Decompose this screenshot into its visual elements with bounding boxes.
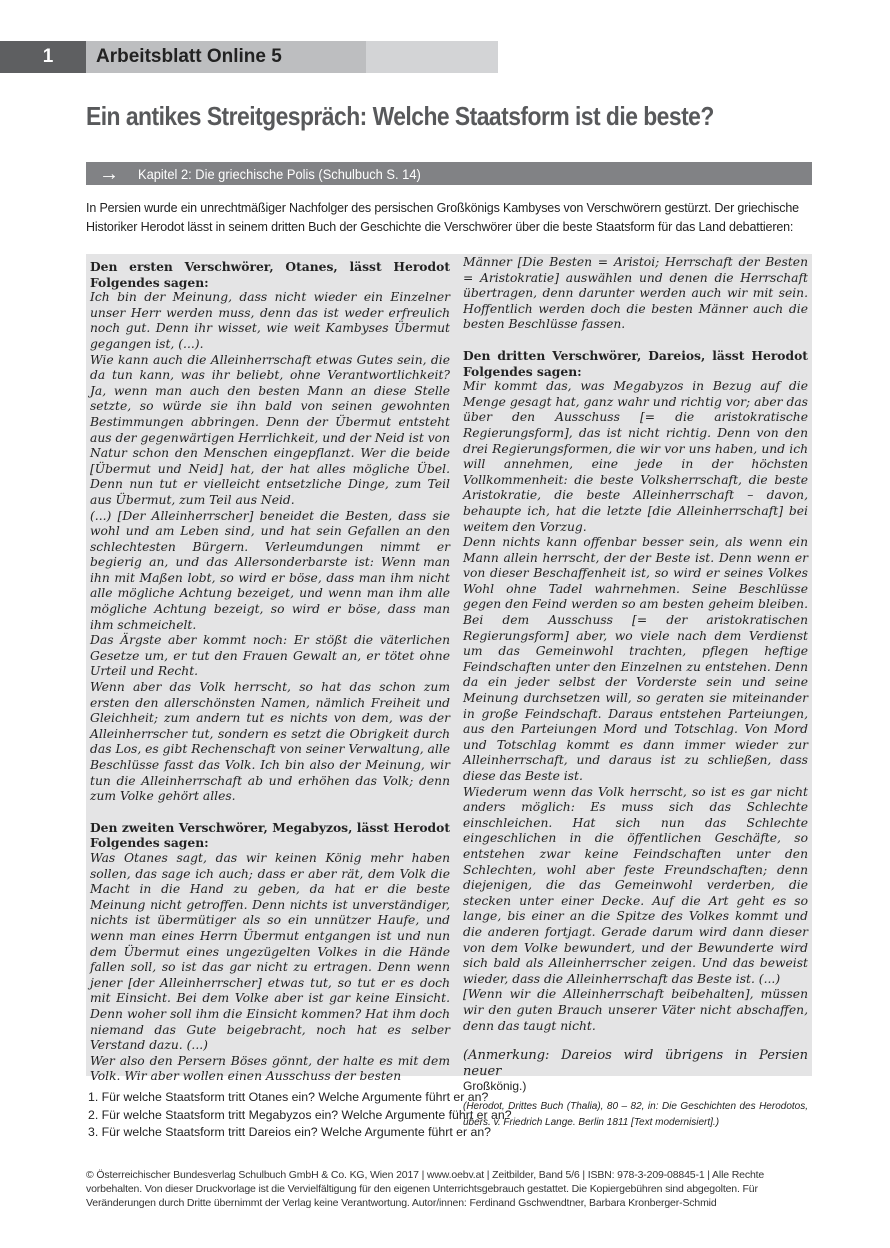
otanes-paragraph: Das Ärgste aber kommt noch: Er stößt die… bbox=[90, 633, 450, 680]
otanes-paragraph: Wie kann auch die Alleinherrschaft etwas… bbox=[90, 353, 450, 509]
megabyzos-paragraph-continued: Wer also den Persern Böses gönnt, der ha… bbox=[90, 1054, 450, 1085]
source-text-box: Den ersten Verschwörer, Otanes, lässt He… bbox=[86, 254, 812, 1076]
task-item: 3. Für welche Staatsform tritt Dareios e… bbox=[88, 1124, 512, 1142]
dareios-paragraph: Denn nichts kann offenbar besser sein, a… bbox=[463, 535, 808, 785]
worksheet-label: Arbeitsblatt Online 5 bbox=[86, 41, 366, 73]
page-title: Ein antikes Streitgespräch: Welche Staat… bbox=[86, 101, 714, 132]
section-spacer bbox=[90, 805, 450, 820]
section-spacer bbox=[463, 333, 808, 348]
otanes-heading: Den ersten Verschwörer, Otanes, lässt He… bbox=[90, 259, 450, 290]
note-italic-text: (Anmerkung: Dareios wird übrigens in Per… bbox=[463, 1048, 808, 1079]
source-column-left: Den ersten Verschwörer, Otanes, lässt He… bbox=[90, 254, 450, 1085]
task-item: 1. Für welche Staatsform tritt Otanes ei… bbox=[88, 1089, 512, 1107]
header-bar-filler bbox=[366, 41, 498, 73]
megabyzos-paragraph: Was Otanes sagt, das wir keinen König me… bbox=[90, 851, 450, 1054]
otanes-paragraph: Ich bin der Meinung, dass nicht wieder e… bbox=[90, 290, 450, 352]
megabyzos-paragraph-continuation: Männer [Die Besten = Aristoi; Herrschaft… bbox=[463, 255, 808, 333]
dareios-paragraph: [Wenn wir die Alleinherrschaft beibehalt… bbox=[463, 987, 808, 1034]
intro-text: In Persien wurde ein unrechtmäßiger Nach… bbox=[86, 199, 814, 237]
page-number: 1 bbox=[0, 41, 86, 73]
worksheet-header-bar: 1 Arbeitsblatt Online 5 bbox=[0, 41, 498, 73]
copyright-footer: © Österreichischer Bundesverlag Schulbuc… bbox=[86, 1168, 814, 1210]
dareios-paragraph: Wiederum wenn das Volk herrscht, so ist … bbox=[463, 785, 808, 988]
chapter-label: Kapitel 2: Die griechische Polis (Schulb… bbox=[138, 166, 421, 182]
historical-note: (Anmerkung: Dareios wird übrigens in Per… bbox=[463, 1048, 808, 1095]
source-citation: (Herodot, Drittes Buch (Thalia), 80 – 82… bbox=[463, 1099, 808, 1131]
task-list: 1. Für welche Staatsform tritt Otanes ei… bbox=[88, 1089, 512, 1142]
dareios-heading: Den dritten Verschwörer, Dareios, lässt … bbox=[463, 348, 808, 379]
chapter-reference-bar: → Kapitel 2: Die griechische Polis (Schu… bbox=[86, 162, 812, 185]
dareios-paragraph: Mir kommt das, was Megabyzos in Bezug au… bbox=[463, 379, 808, 535]
otanes-paragraph: Wenn aber das Volk herrscht, so hat das … bbox=[90, 680, 450, 805]
otanes-paragraph: (...) [Der Alleinherrscher] beneidet die… bbox=[90, 509, 450, 634]
megabyzos-heading: Den zweiten Verschwörer, Megabyzos, läss… bbox=[90, 820, 450, 851]
arrow-right-icon: → bbox=[86, 164, 132, 184]
task-item: 2. Für welche Staatsform tritt Megabyzos… bbox=[88, 1107, 512, 1125]
source-column-right: Männer [Die Besten = Aristoi; Herrschaft… bbox=[463, 254, 808, 1131]
